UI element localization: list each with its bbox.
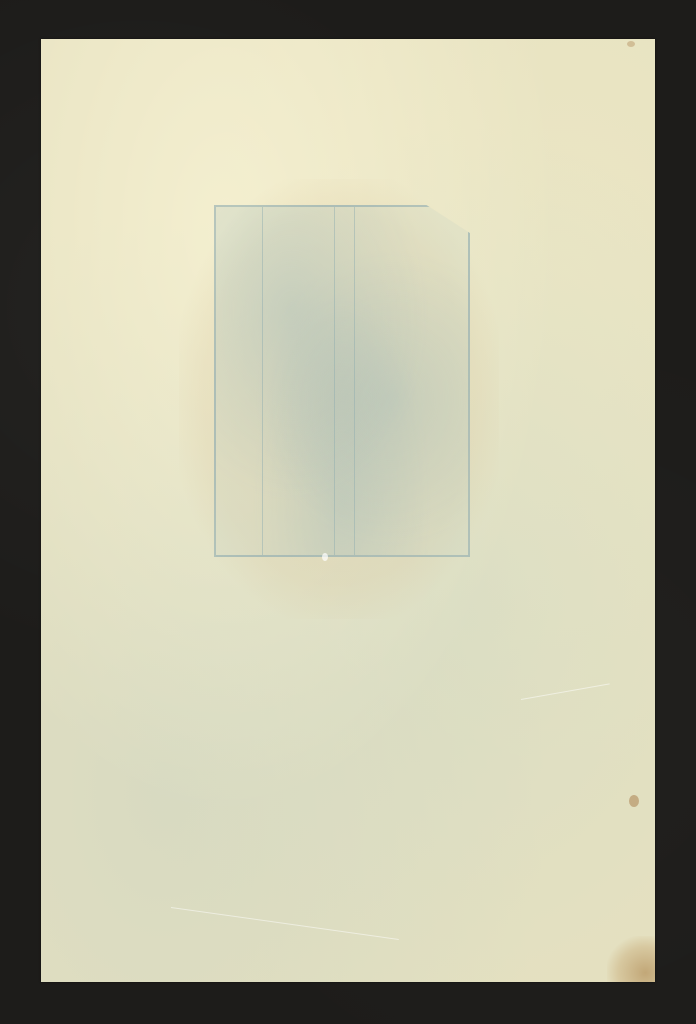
paper-crease xyxy=(521,683,610,700)
foxing-stain xyxy=(627,41,635,47)
foxing-stain xyxy=(629,795,639,807)
corner-water-stain xyxy=(607,936,655,982)
print-bleed-through-plate xyxy=(214,205,470,557)
paper-crease xyxy=(171,907,399,940)
plate-vertical-line xyxy=(334,207,335,555)
plate-vertical-line xyxy=(262,207,263,555)
paper-sheet xyxy=(41,39,655,982)
plate-vertical-line xyxy=(354,207,355,555)
paper-tear-mark xyxy=(322,553,328,561)
